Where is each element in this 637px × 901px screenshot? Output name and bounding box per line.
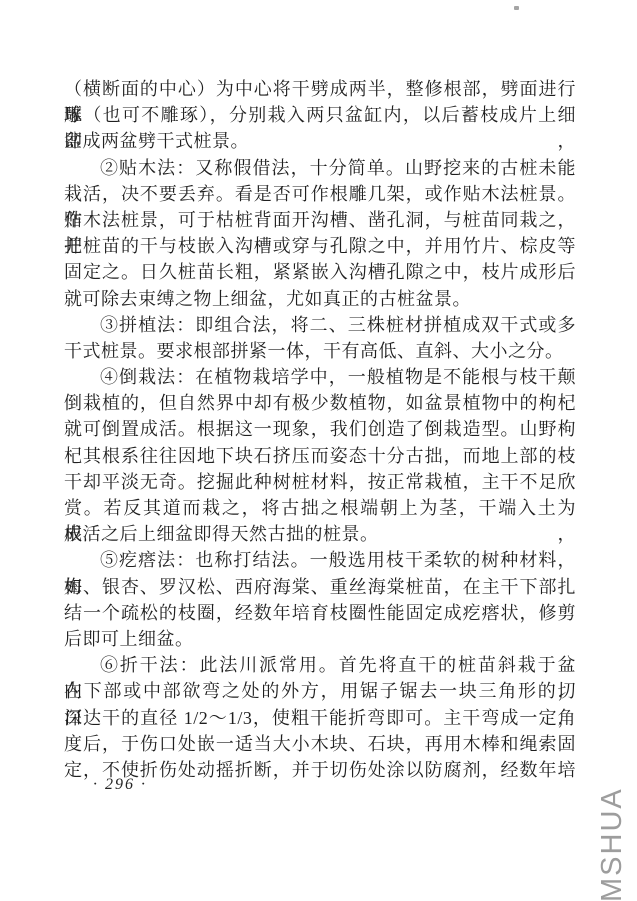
text-line: 梅、银杏、罗汉松、西府海棠、重丝海棠桩苗，在主干下部扎 xyxy=(64,574,576,600)
text-line: 琢（也可不雕琢），分别栽入两只盆缸内，以后蓄枝成片上细盆， xyxy=(64,102,576,128)
text-line-paragraph-start: ④倒栽法：在植物栽培学中，一般植物是不能根与枝干颠 xyxy=(64,364,576,390)
page-text-block: （横断面的中心）为中心将干劈成两半，整修根部，劈面进行雕 琢（也可不雕琢），分别… xyxy=(64,76,576,783)
text-line: 贴木法桩景，可于枯桩背面开沟槽、凿孔洞，与桩苗同栽之，并 xyxy=(64,207,576,233)
watermark-text: MSHUA xyxy=(596,790,628,901)
text-line: （横断面的中心）为中心将干劈成两半，整修根部，劈面进行雕 xyxy=(64,76,576,102)
text-line: 在下部或中部欲弯之处的外方，用锯子锯去一块三角形的切口， xyxy=(64,678,576,704)
text-line: 就可除去束缚之物上细盆，尤如真正的古桩盆景。 xyxy=(64,286,576,312)
text-line-paragraph-start: ⑤疙瘩法：也称打结法。一般选用枝干柔软的树种材料，如 xyxy=(64,547,576,573)
text-line-paragraph-start: ②贴木法：又称假借法，十分简单。山野挖来的古桩未能 xyxy=(64,155,576,181)
text-line-paragraph-start: ③拼植法：即组合法，将二、三株桩材拼植成双干式或多 xyxy=(64,312,576,338)
page-number: · 296 · xyxy=(93,776,147,794)
text-line: 赏。若反其道而栽之，将古拙之根端朝上为茎，干端入土为根， xyxy=(64,495,576,521)
text-line: 度后，于伤口处嵌一适当大小木块、石块，再用木棒和绳索固 xyxy=(64,731,576,757)
text-line: 把桩苗的干与枝嵌入沟槽或穿与孔隙之中，并用竹片、棕皮等 xyxy=(64,233,576,259)
text-line: 干式桩景。要求根部拼紧一体，干有高低、直斜、大小之分。 xyxy=(64,338,576,364)
text-line: 杞其根系往往因地下块石挤压而姿态十分古拙，而地上部的枝 xyxy=(64,443,576,469)
text-line: 倒栽植的，但自然界中却有极少数植物，如盆景植物中的枸杞 xyxy=(64,390,576,416)
text-line: 后即可上细盆。 xyxy=(64,626,576,652)
text-line: 栽活，决不要丢弃。看是否可作根雕几架，或作贴木法桩景。作 xyxy=(64,181,576,207)
text-line: 结一个疏松的枝圈，经数年培育枝圈性能固定成疙瘩状，修剪 xyxy=(64,600,576,626)
text-line: 干却平淡无奇。挖掘此种树桩材料，按正常栽植，主干不足欣 xyxy=(64,469,576,495)
text-line-paragraph-start: ⑥折干法：此法川派常用。首先将直干的桩苗斜栽于盆内， xyxy=(64,652,576,678)
text-line: 深达干的直径 1/2～1/3，使粗干能折弯即可。主干弯成一定角 xyxy=(64,705,576,731)
scan-artifact-dot xyxy=(514,6,519,10)
book-page: （横断面的中心）为中心将干劈成两半，整修根部，劈面进行雕 琢（也可不雕琢），分别… xyxy=(0,0,637,901)
text-line: 固定之。日久桩苗长粗，紧紧嵌入沟槽孔隙之中，枝片成形后 xyxy=(64,259,576,285)
text-line: 就可倒置成活。根据这一现象，我们创造了倒栽造型。山野枸 xyxy=(64,416,576,442)
